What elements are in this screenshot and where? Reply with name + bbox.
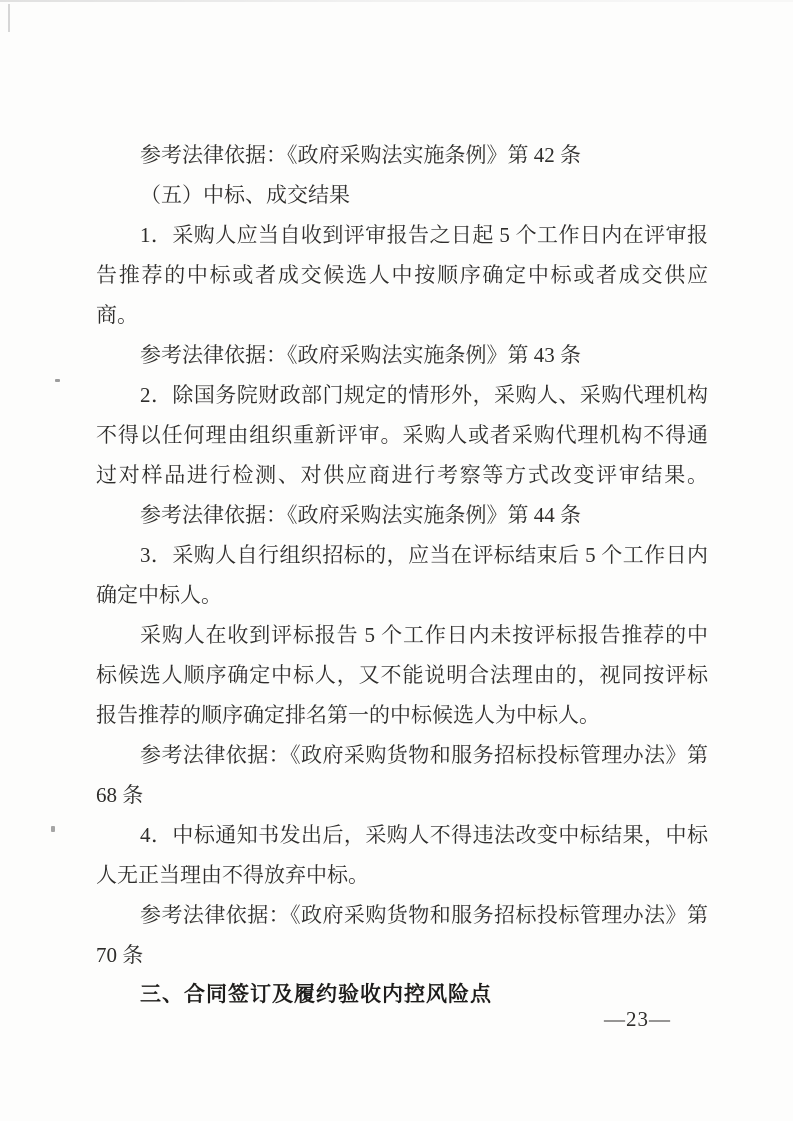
document-page: 参考法律依据：《政府采购法实施条例》第 42 条（五）中标、成交结果1．采购人应… <box>0 0 793 1121</box>
text-line: 参考法律依据：《政府采购法实施条例》第 42 条 <box>96 135 708 175</box>
page-number: —23— <box>604 1005 671 1033</box>
text-line: 报告推荐的顺序确定排名第一的中标候选人为中标人。 <box>96 695 708 735</box>
text-line: 参考法律依据：《政府采购货物和服务招标投标管理办法》第 <box>96 895 708 935</box>
text-line: 标候选人顺序确定中标人，又不能说明合法理由的，视同按评标 <box>96 655 708 695</box>
scan-artifact-top-edge <box>0 0 793 2</box>
text-line: 4．中标通知书发出后，采购人不得违法改变中标结果，中标 <box>96 815 708 855</box>
scan-artifact-corner-tick <box>8 4 10 32</box>
text-line: 参考法律依据：《政府采购法实施条例》第 44 条 <box>96 495 708 535</box>
text-line: 68 条 <box>96 775 708 815</box>
text-line: 人无正当理由不得放弃中标。 <box>96 855 708 895</box>
text-line: 过对样品进行检测、对供应商进行考察等方式改变评审结果。 <box>96 455 708 495</box>
text-line: 2．除国务院财政部门规定的情形外，采购人、采购代理机构 <box>96 375 708 415</box>
text-line: 确定中标人。 <box>96 575 708 615</box>
text-line: （五）中标、成交结果 <box>96 175 708 215</box>
text-line: 1．采购人应当自收到评审报告之日起 5 个工作日内在评审报 <box>96 215 708 255</box>
text-line: 3．采购人自行组织招标的，应当在评标结束后 5 个工作日内 <box>96 535 708 575</box>
text-line: 70 条 <box>96 935 708 975</box>
text-line: 参考法律依据：《政府采购法实施条例》第 43 条 <box>96 335 708 375</box>
text-line: 不得以任何理由组织重新评审。采购人或者采购代理机构不得通 <box>96 415 708 455</box>
text-line: 告推荐的中标或者成交候选人中按顺序确定中标或者成交供应 <box>96 255 708 295</box>
text-line: 参考法律依据：《政府采购货物和服务招标投标管理办法》第 <box>96 735 708 775</box>
text-line: 采购人在收到评标报告 5 个工作日内未按评标报告推荐的中 <box>96 615 708 655</box>
scan-speck <box>55 379 60 382</box>
document-body: 参考法律依据：《政府采购法实施条例》第 42 条（五）中标、成交结果1．采购人应… <box>96 135 708 1015</box>
scan-speck <box>51 826 55 832</box>
text-line: 商。 <box>96 295 708 335</box>
